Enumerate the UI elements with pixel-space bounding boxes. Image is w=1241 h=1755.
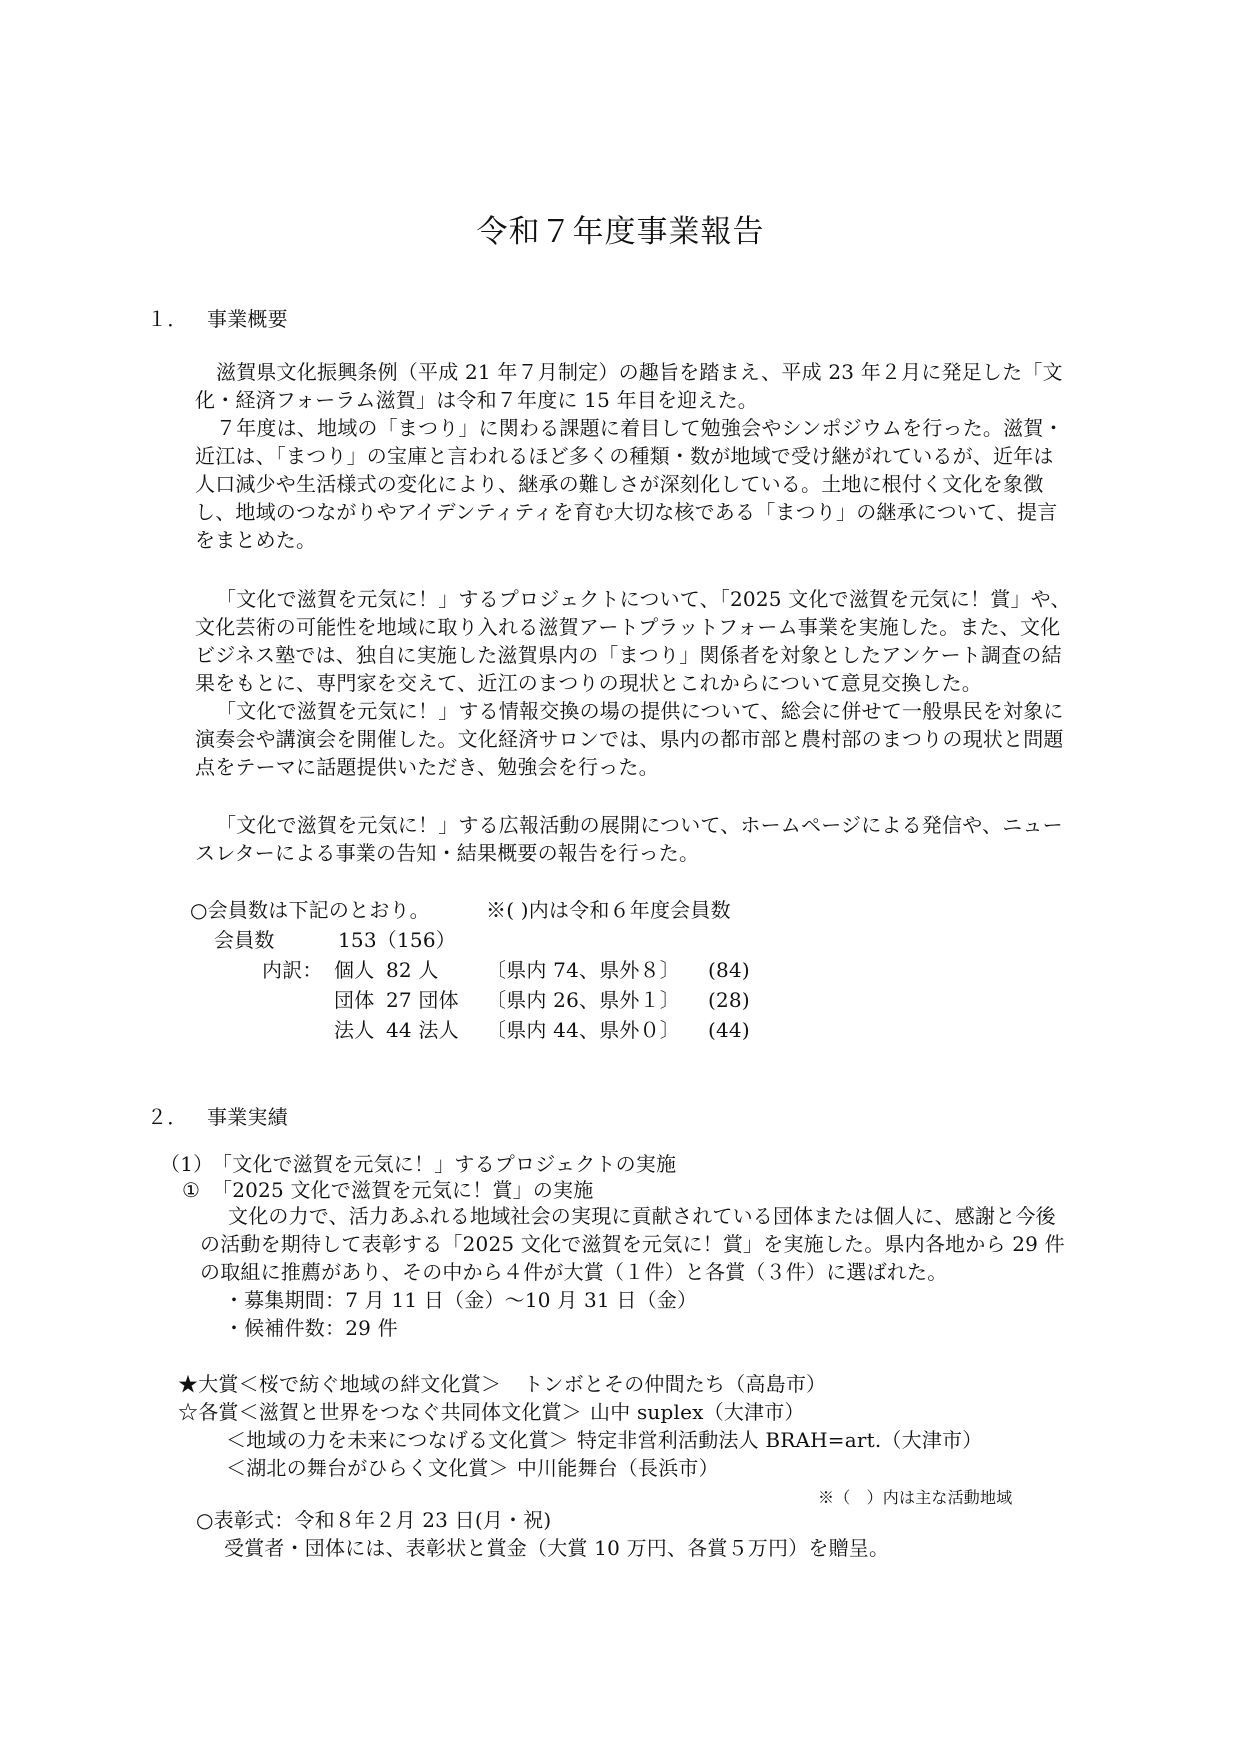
award-category: 各賞 (198, 1400, 238, 1424)
item-body-line: の取組に推薦があり、その中から４件が大賞（１件）と各賞（３件）に選ばれた。 (200, 1258, 947, 1286)
membership-detail: 〔県内 26、県外１〕 (486, 986, 680, 1014)
subsection-label: （1） (160, 1150, 213, 1178)
paragraph-line: 「文化で滋賀を元気に！」する広報活動の展開について、ホームページによる発信や、ニ… (216, 811, 1063, 839)
section-1-number: １． (147, 305, 187, 333)
paragraph-line: ７年度は、地域の「まつり」に関わる課題に着目して勉強会やシンポジウムを行った。滋… (216, 414, 1064, 442)
award-name: ＜桜で紡ぐ地域の絆文化賞＞ (239, 1372, 502, 1396)
ceremony-detail: 受賞者・団体には、表彰状と賞金（大賞 10 万円、各賞５万円）を贈呈。 (224, 1534, 889, 1562)
membership-count: 82 人 (386, 956, 439, 984)
ceremony-date: ○表彰式：令和８年２月 23 日(月・祝) (196, 1506, 551, 1534)
award-name: ＜滋賀と世界をつなぐ共同体文化賞＞ (239, 1400, 582, 1424)
award-prize: ＜湖北の舞台がひらく文化賞＞中川能舞台（長浜市） (226, 1454, 719, 1482)
subsection-heading: 「文化で滋賀を元気に！」するプロジェクトの実施 (212, 1150, 676, 1178)
award-winner: トンボとその仲間たち（高島市） (523, 1372, 826, 1396)
membership-total-value: 153（156） (338, 926, 456, 954)
award-winner: 中川能舞台（長浜市） (517, 1456, 719, 1480)
membership-count: 44 法人 (386, 1016, 459, 1044)
paragraph-line: 演奏会や講演会を開催した。文化経済サロンでは、県内の都市部と農村部のまつりの現状… (195, 725, 1064, 753)
paragraph-line: 文化芸術の可能性を地域に取り入れる滋賀アートプラットフォーム事業を実施した。また… (195, 613, 1060, 641)
membership-prev: (44) (708, 1016, 750, 1044)
membership-count: 27 団体 (386, 986, 459, 1014)
award-winner: 特定非営利活動法人 BRAH=art.（大津市） (577, 1428, 982, 1452)
membership-prev: (28) (708, 986, 750, 1014)
paragraph-line: 人口減少や生活様式の変化により、継承の難しさが深刻化している。土地に根付く文化を… (195, 470, 1043, 498)
paragraph-line: 点をテーマに話題提供いただき、勉強会を行った。 (195, 753, 659, 781)
star-outline-icon: ☆ (178, 1400, 198, 1424)
page-title: 令和７年度事業報告 (0, 212, 1241, 252)
paragraph-line: 果をもとに、専門家を交えて、近江のまつりの現状とこれからについて意見交換した。 (195, 669, 982, 697)
membership-prev: (84) (708, 956, 750, 984)
candidate-count: ・候補件数：29 件 (224, 1314, 398, 1342)
membership-type: 団体 (334, 986, 374, 1014)
section-1-heading: 事業概要 (207, 305, 288, 333)
paragraph-line: スレターによる事業の告知・結果概要の報告を行った。 (195, 839, 699, 867)
paragraph-line: をまとめた。 (195, 526, 316, 554)
award-name: ＜地域の力を未来につなげる文化賞＞ (226, 1428, 569, 1452)
paragraph-line: 「文化で滋賀を元気に！」するプロジェクトについて、「2025 文化で滋賀を元気に… (216, 585, 1071, 613)
recruitment-period: ・募集期間：7 月 11 日（金）～10 月 31 日（金） (224, 1286, 697, 1314)
award-winner: 山中 suplex（大津市） (590, 1400, 805, 1424)
item-body-line: 文化の力で、活力あふれる地域社会の実現に貢献されている団体または個人に、感謝と今… (228, 1202, 1056, 1230)
award-name: ＜湖北の舞台がひらく文化賞＞ (226, 1456, 509, 1480)
membership-detail: 〔県内 74、県外８〕 (486, 956, 680, 984)
award-grand-prize: ★大賞＜桜で紡ぐ地域の絆文化賞＞トンボとその仲間たち（高島市） (178, 1370, 826, 1398)
paragraph-line: し、地域のつながりやアイデンティティを育む大切な核である「まつり」の継承について… (195, 498, 1057, 526)
star-filled-icon: ★ (178, 1372, 198, 1396)
membership-note: ※( )内は令和６年度会員数 (486, 896, 731, 924)
item-heading: 「2025 文化で滋賀を元気に！賞」の実施 (212, 1176, 593, 1204)
membership-total-label: 会員数 (214, 926, 275, 954)
membership-breakdown-label: 内訳： (262, 956, 323, 984)
section-2-heading: 事業実績 (207, 1103, 288, 1131)
membership-type: 個人 (334, 956, 374, 984)
membership-type: 法人 (334, 1016, 374, 1044)
membership-detail: 〔県内 44、県外０〕 (486, 1016, 680, 1044)
item-marker: ① (182, 1176, 200, 1204)
membership-intro: ○会員数は下記のとおり。 (190, 896, 430, 924)
document-page: 令和７年度事業報告 １． 事業概要 滋賀県文化振興条例（平成 21 年７月制定）… (0, 0, 1241, 1755)
paragraph-line: 「文化で滋賀を元気に！」する情報交換の場の提供について、総会に併せて一般県民を対… (216, 697, 1064, 725)
paragraph-line: ビジネス塾では、独自に実施した滋賀県内の「まつり」関係者を対象としたアンケート調… (195, 641, 1062, 669)
paragraph-line: 近江は、「まつり」の宝庫と言われるほど多くの種類・数が地域で受け継がれているが、… (195, 442, 1054, 470)
award-prize: ☆各賞＜滋賀と世界をつなぐ共同体文化賞＞山中 suplex（大津市） (178, 1398, 805, 1426)
item-body-line: の活動を期待して表彰する「2025 文化で滋賀を元気に！賞」を実施した。県内各地… (200, 1230, 1065, 1258)
paragraph-line: 滋賀県文化振興条例（平成 21 年７月制定）の趣旨を踏まえ、平成 23 年２月に… (216, 358, 1094, 386)
section-2-number: ２． (147, 1103, 187, 1131)
awards-note: ※（ ）内は主な活動地域 (818, 1484, 1012, 1512)
award-prize: ＜地域の力を未来につなげる文化賞＞特定非営利活動法人 BRAH=art.（大津市… (226, 1426, 982, 1454)
award-category: 大賞 (198, 1372, 238, 1396)
paragraph-line: 化・経済フォーラム滋賀」は令和７年度に 15 年目を迎えた。 (195, 386, 758, 414)
